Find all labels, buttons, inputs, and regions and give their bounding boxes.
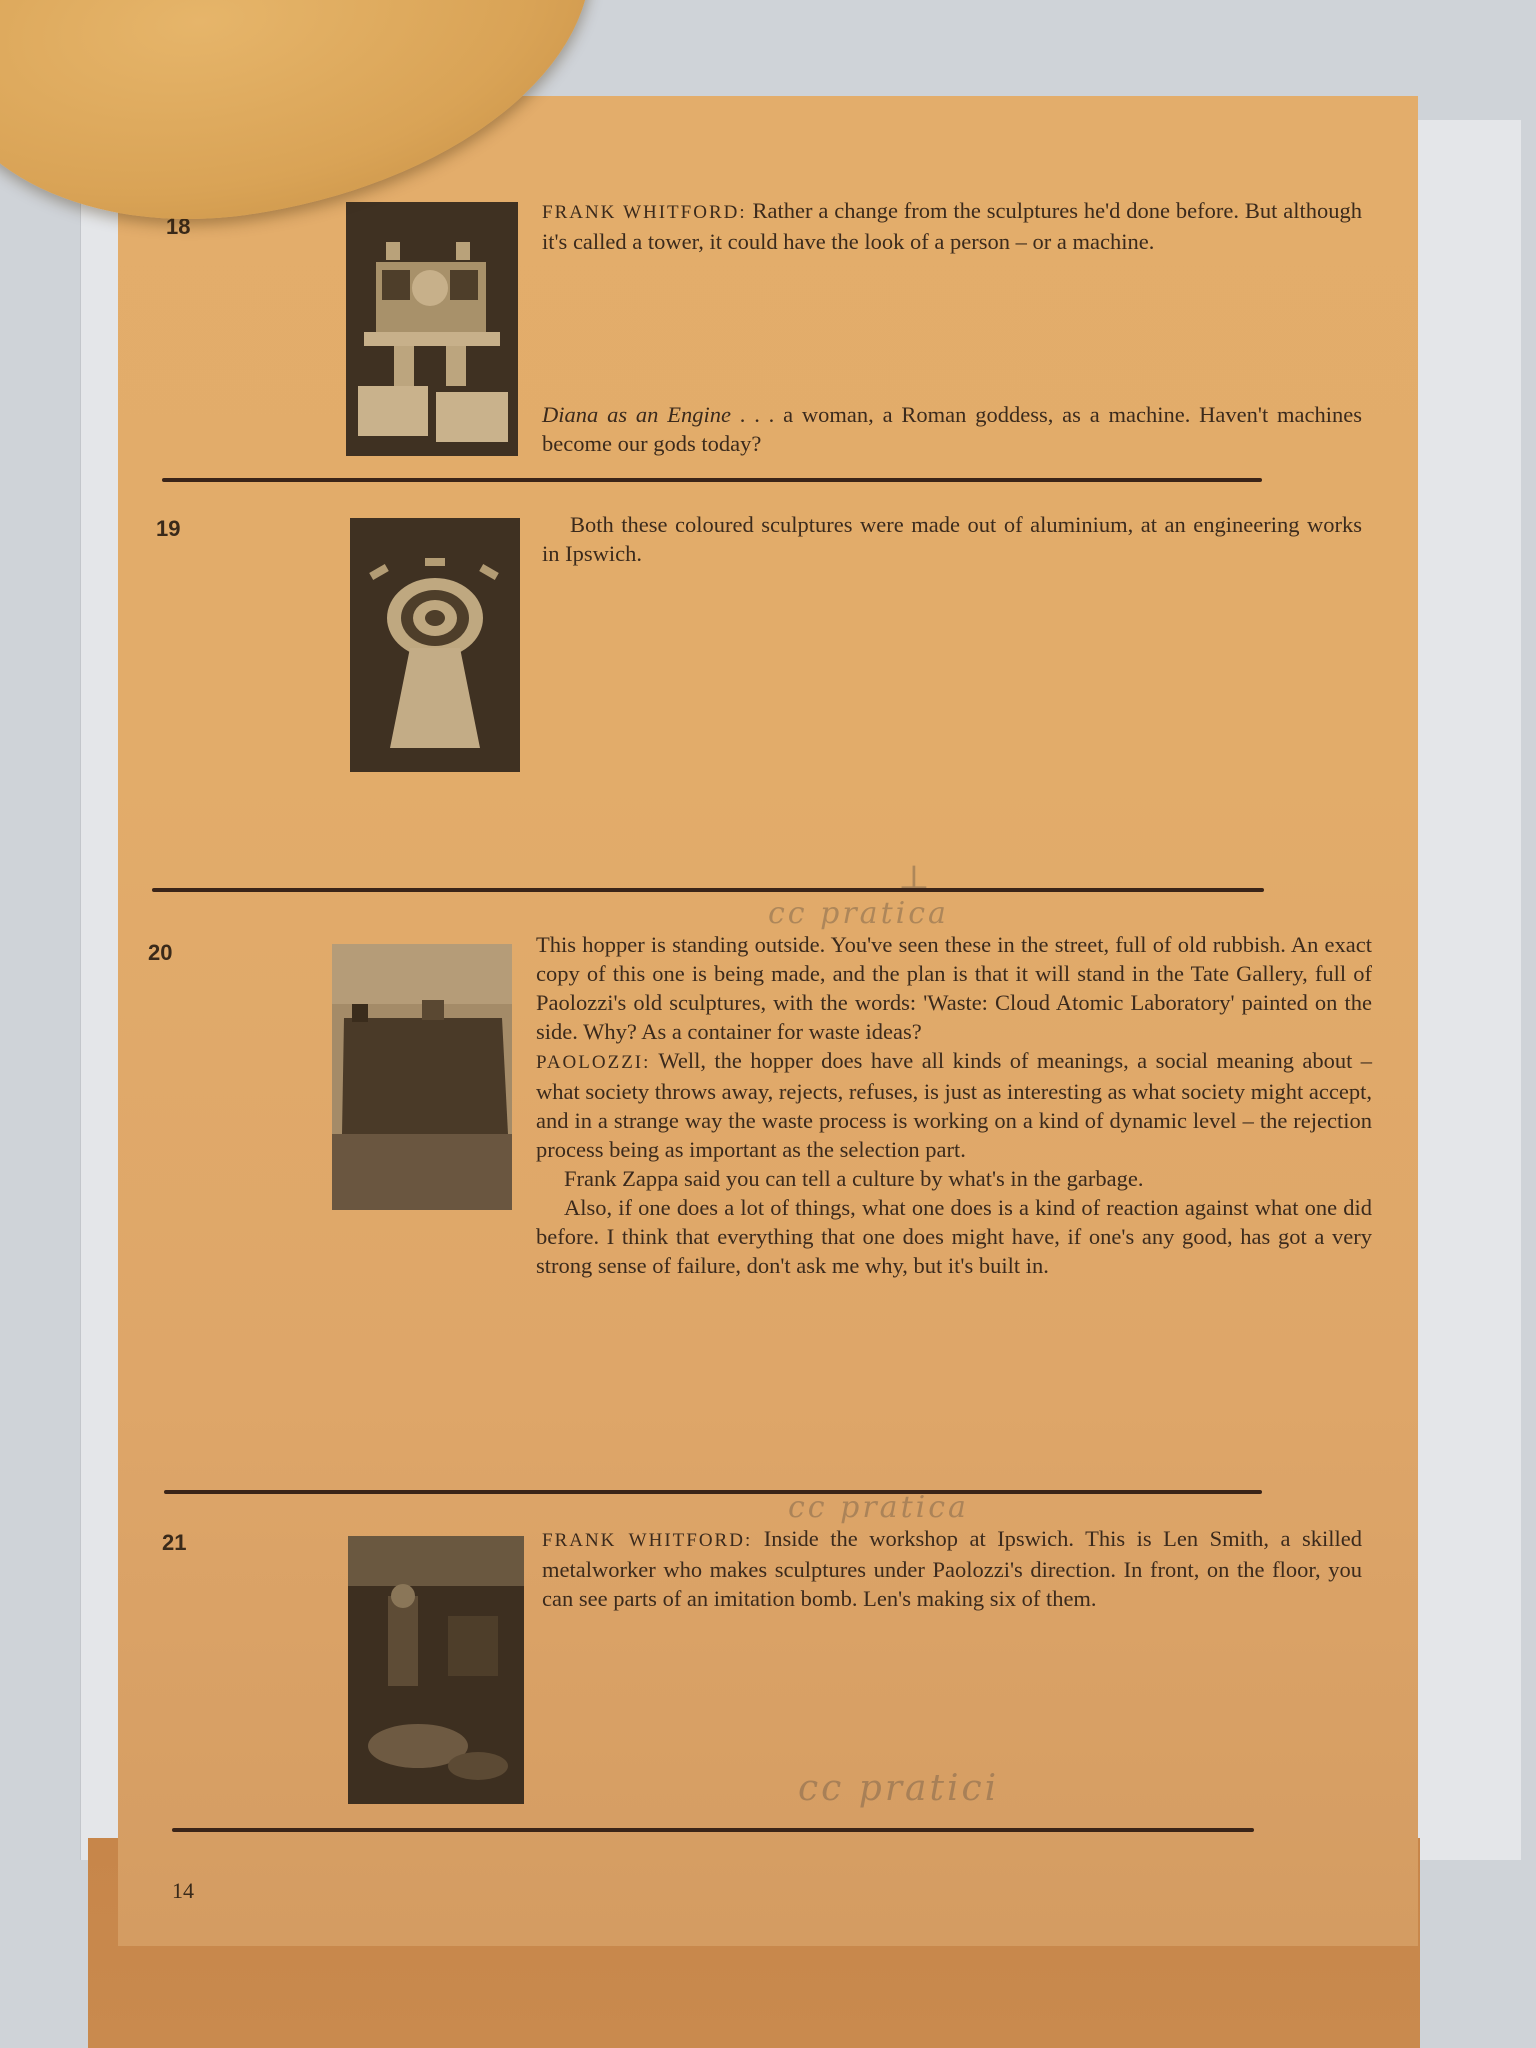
document-page: 18 FRANK WHITFORD: Rather a change from … xyxy=(118,96,1418,1946)
entry-18-text-top: FRANK WHITFORD: Rather a change from the… xyxy=(542,196,1362,256)
hopper-image xyxy=(332,944,512,1210)
entry-18-text-bottom: Diana as an Engine . . . a woman, a Roma… xyxy=(542,400,1362,458)
handwritten-annotation: cc pratica xyxy=(788,1490,969,1525)
sculpture-image xyxy=(350,518,520,772)
entry-20-text: This hopper is standing outside. You've … xyxy=(536,930,1372,1280)
artwork-title: Diana as an Engine xyxy=(542,402,731,427)
speaker-label: FRANK WHITFORD: xyxy=(542,1530,752,1551)
handwritten-mark: ⊥ xyxy=(898,858,933,898)
handwritten-annotation: cc pratici xyxy=(798,1768,999,1809)
section-divider xyxy=(164,1490,1262,1494)
page-number: 14 xyxy=(172,1878,194,1904)
speaker-label: FRANK WHITFORD: xyxy=(542,202,747,223)
workshop-image xyxy=(348,1536,524,1804)
section-divider xyxy=(162,478,1262,482)
tower-sculpture-image xyxy=(346,202,518,456)
section-divider xyxy=(172,1828,1254,1832)
coloured-aluminium-sculpture-photo xyxy=(350,518,520,772)
entry-number-21: 21 xyxy=(162,1530,186,1556)
handwritten-annotation: cc pratica xyxy=(768,896,949,931)
section-divider xyxy=(152,888,1264,892)
entry-number-20: 20 xyxy=(148,940,172,966)
entry-number-19: 19 xyxy=(156,516,180,542)
entry-19-text: Both these coloured sculptures were made… xyxy=(542,510,1362,568)
tower-sculpture-photo xyxy=(346,202,518,456)
workshop-photo xyxy=(348,1536,524,1804)
entry-21-text: FRANK WHITFORD: Inside the workshop at I… xyxy=(542,1524,1362,1613)
speaker-label: PAOLOZZI: xyxy=(536,1052,650,1073)
hopper-photo xyxy=(332,944,512,1210)
